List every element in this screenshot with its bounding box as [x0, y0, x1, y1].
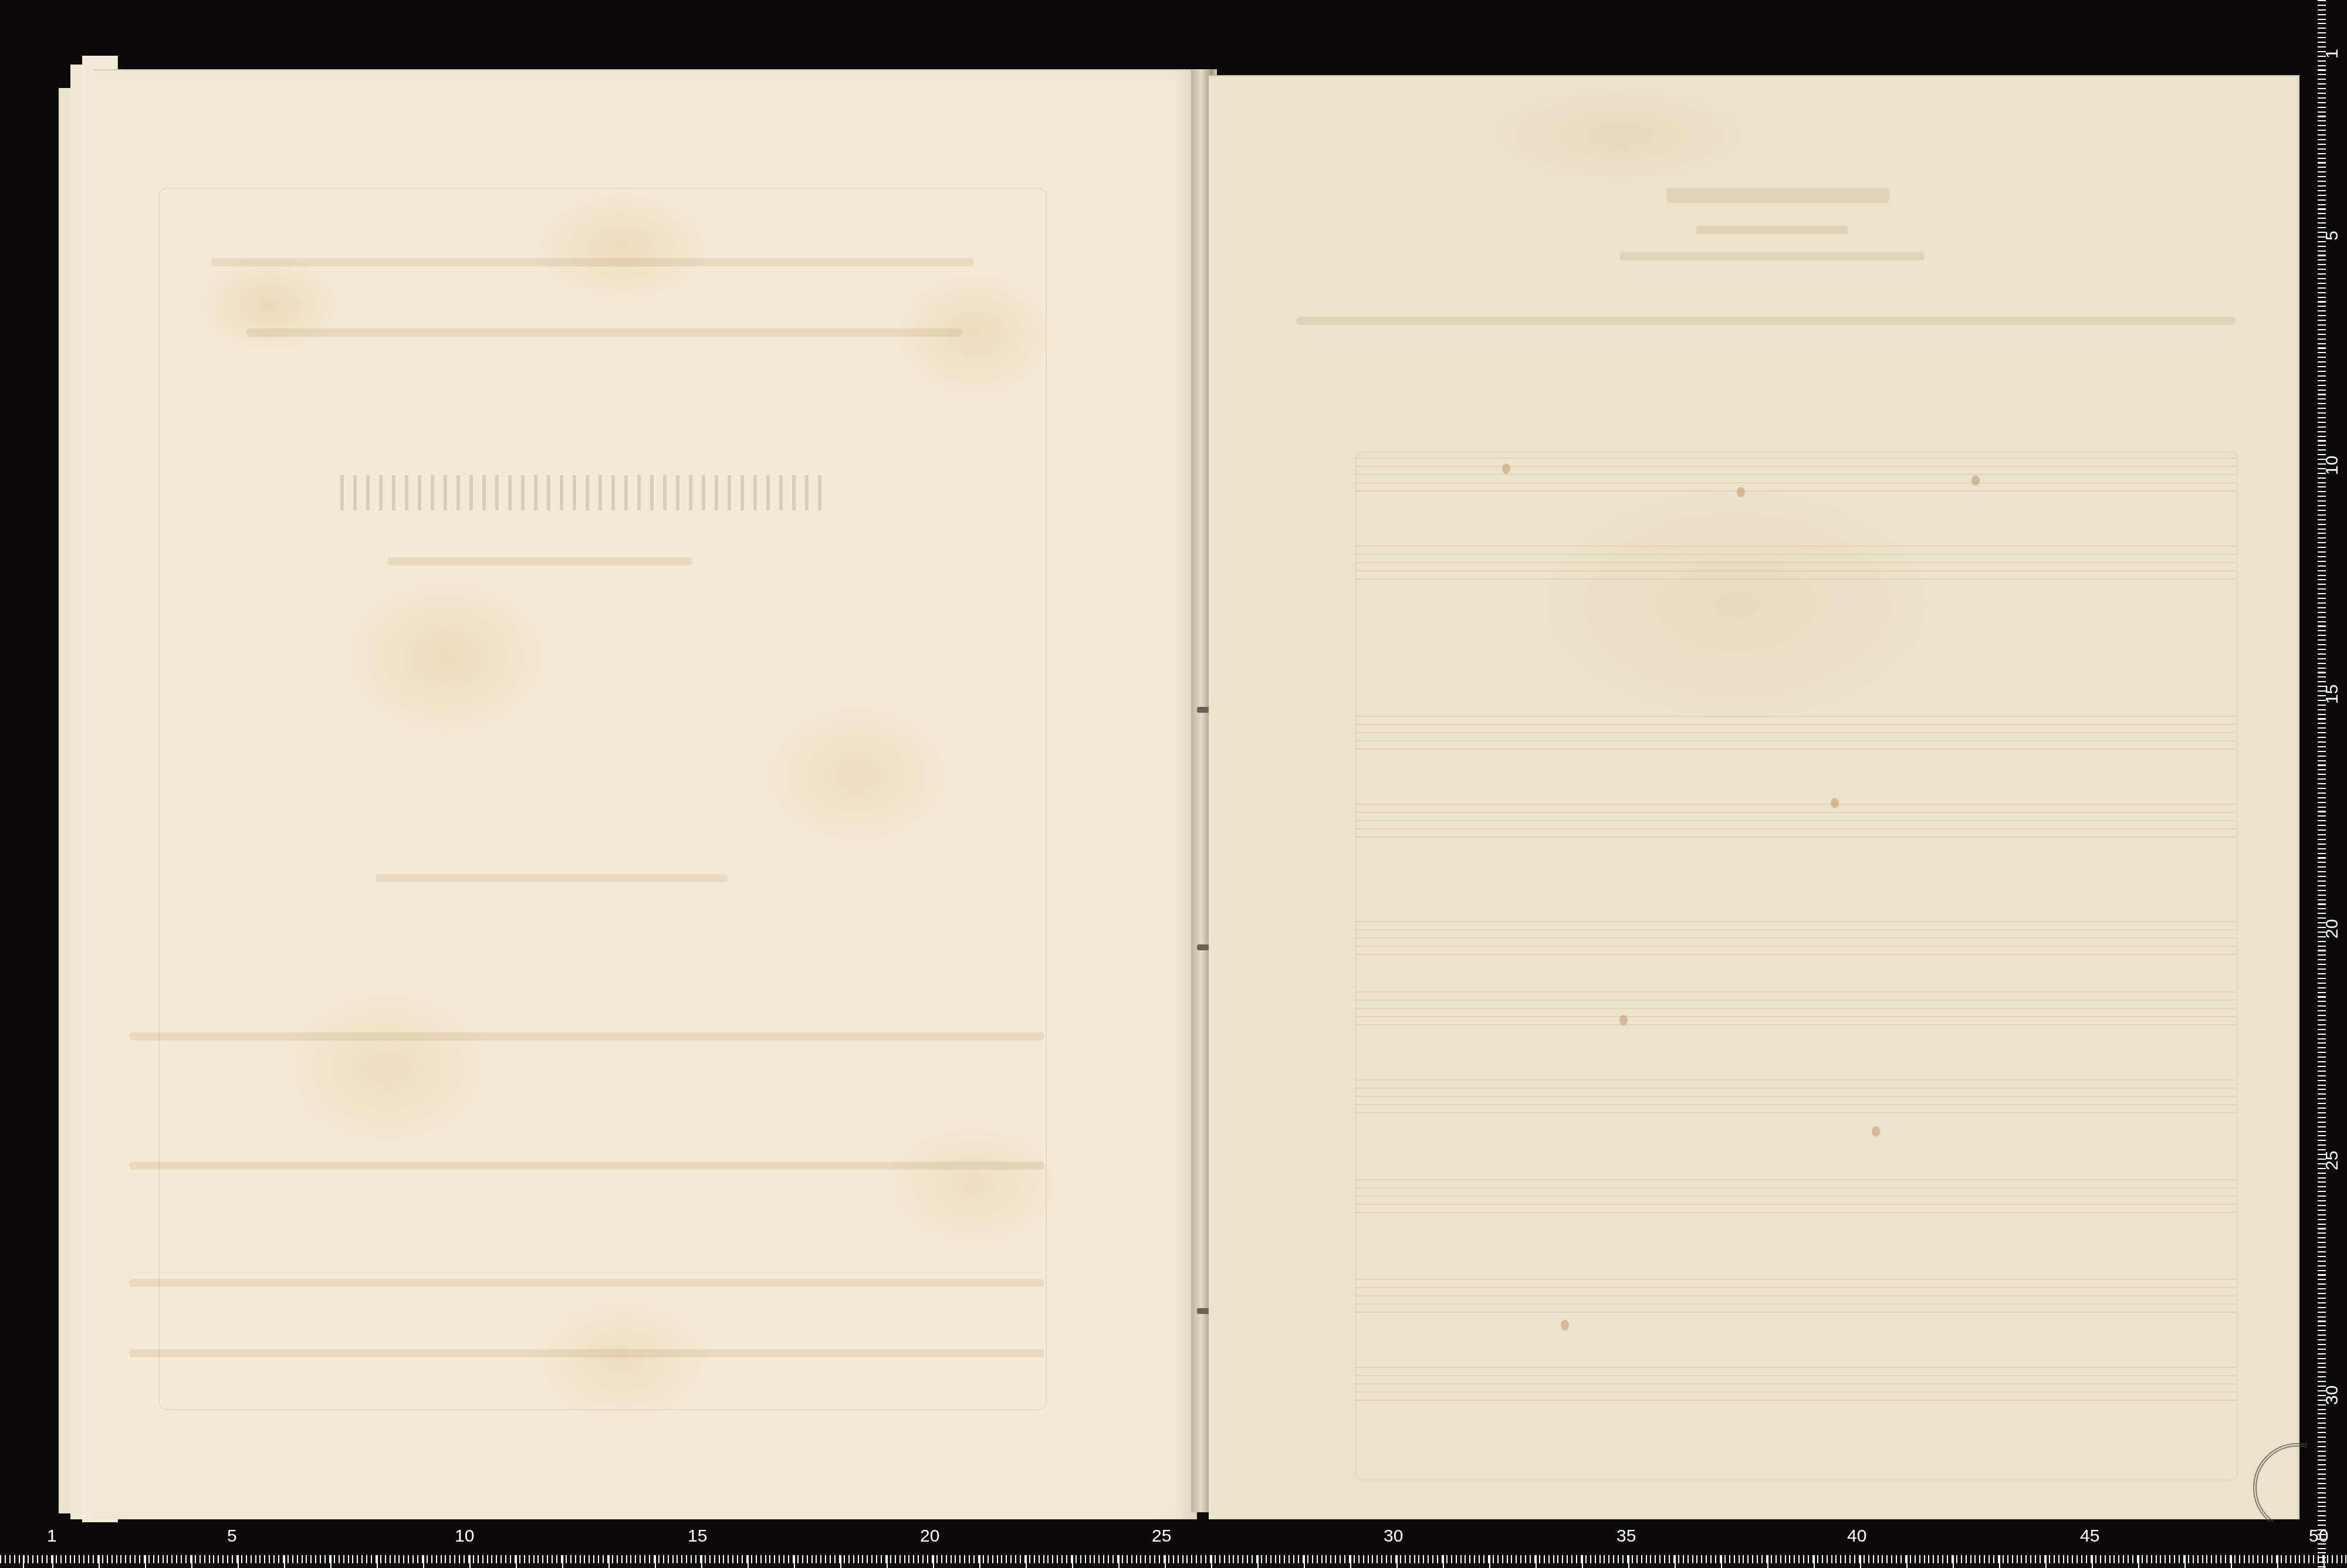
- foxing-spot: [1831, 798, 1839, 808]
- show-through-line: [129, 1279, 1044, 1287]
- foxing-spot: [1619, 1015, 1628, 1025]
- show-through-staff: [1355, 991, 2236, 1032]
- ruler-label: 1: [47, 1526, 57, 1546]
- show-through-staff: [1355, 458, 2236, 499]
- ruler-label: 15: [688, 1526, 707, 1546]
- ruler-label: 10: [455, 1526, 474, 1546]
- ruler-label: 25: [2322, 1151, 2342, 1170]
- right-page: [1209, 75, 2299, 1519]
- show-through-staff: [1355, 921, 2236, 962]
- book-scan: 1 5 10 15 20 25 30 35 40 45 50 1 5 10 15…: [0, 0, 2347, 1568]
- show-through-line: [246, 328, 962, 337]
- show-through-line: [129, 1161, 1044, 1170]
- show-through-staff: [1355, 1179, 2236, 1220]
- show-through-line: [1696, 226, 1848, 234]
- spine-stitch: [1197, 944, 1210, 950]
- ruler-label: 20: [920, 1526, 939, 1546]
- show-through-staff: [1355, 1367, 2236, 1408]
- ruler-bottom: 1 5 10 15 20 25 30 35 40 45 50: [0, 1525, 2347, 1568]
- ruler-label: 15: [2322, 685, 2342, 704]
- left-page: [94, 69, 1197, 1519]
- show-through-line: [129, 1349, 1044, 1357]
- ruler-label: 35: [1616, 1526, 1636, 1546]
- show-through-title: [340, 475, 821, 510]
- show-through-line: [376, 874, 728, 882]
- show-through-staff: [1355, 1279, 2236, 1320]
- show-through-staff: [1355, 804, 2236, 845]
- ruler-ticks: [0, 1555, 2347, 1568]
- show-through-staff: [1355, 716, 2236, 757]
- foxing-spot: [1872, 1126, 1880, 1137]
- show-through-line: [1297, 317, 2236, 325]
- ruler-label: 10: [2322, 456, 2342, 475]
- foxing-spot: [1971, 475, 1980, 486]
- ruler-label: 25: [1152, 1526, 1171, 1546]
- plate-mark: [1355, 452, 2238, 1481]
- ruler-label: 5: [2322, 231, 2342, 241]
- foxing-spot: [1737, 487, 1745, 497]
- ruler-label: 45: [2080, 1526, 2099, 1546]
- spine-stitch: [1197, 1308, 1210, 1314]
- ruler-label: 1: [2322, 49, 2342, 59]
- ruler-label: 40: [1847, 1526, 1866, 1546]
- show-through-line: [211, 258, 974, 266]
- foxing-spot: [1502, 463, 1510, 474]
- ruler-right: 1 5 10 15 20 25 30: [2318, 0, 2347, 1568]
- show-through-staff: [1355, 1079, 2236, 1120]
- show-through-line: [1619, 252, 1925, 260]
- show-through-line: [129, 1032, 1044, 1041]
- show-through-line: [387, 557, 692, 565]
- plate-mark: [158, 188, 1047, 1410]
- foxing-spot: [1561, 1320, 1569, 1330]
- spine-stitch: [1197, 707, 1210, 713]
- show-through-staff: [1355, 546, 2236, 587]
- show-through-heading: [1666, 188, 1889, 203]
- ruler-label: 30: [2322, 1386, 2342, 1405]
- ruler-label: 5: [227, 1526, 237, 1546]
- ruler-label: 20: [2322, 919, 2342, 939]
- ruler-label: 30: [1384, 1526, 1403, 1546]
